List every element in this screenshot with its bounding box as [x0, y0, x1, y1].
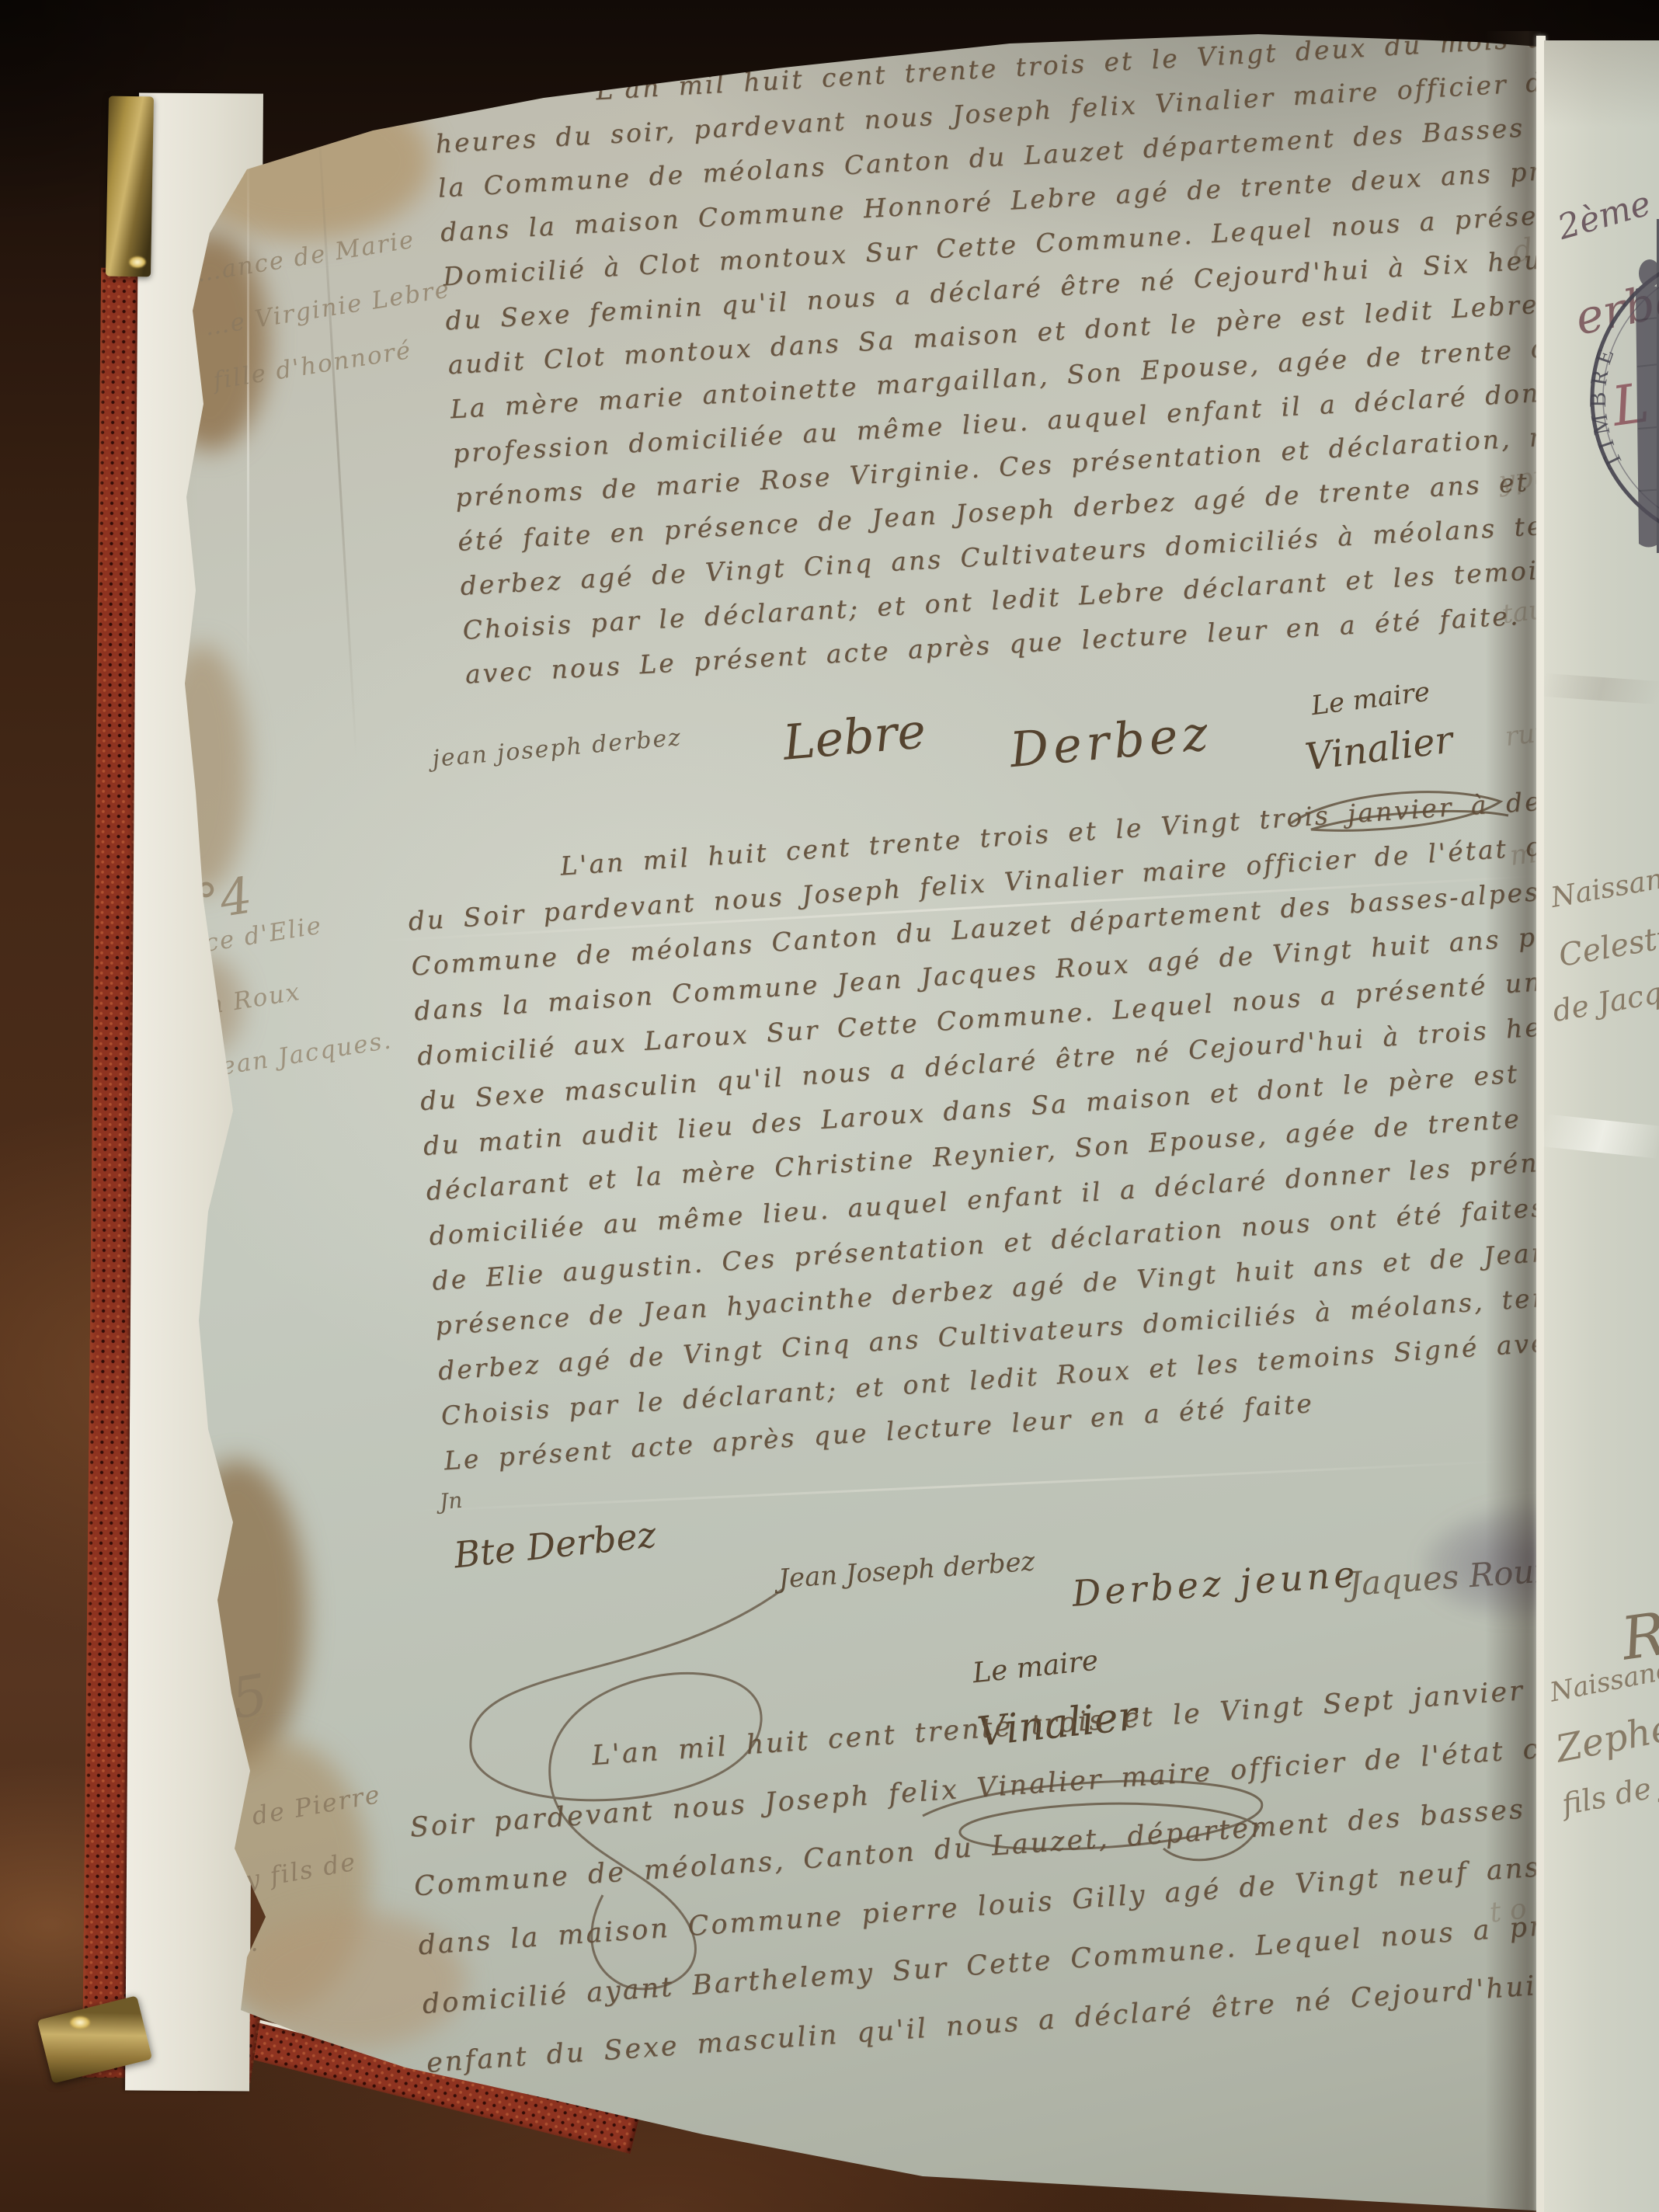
- signature-father-lebre: Lebre: [781, 702, 928, 771]
- binding-metal-fitting-top: [106, 96, 154, 277]
- book-gutter-shadow: [1485, 31, 1541, 2212]
- metal-glint: [129, 256, 146, 268]
- mayor-title: Le maire: [1309, 676, 1431, 722]
- paper-crease: [247, 140, 249, 683]
- photo-of-civil-register-page: N°3 …ance de Marie …e Virginie Lebre fil…: [0, 0, 1659, 2212]
- metal-glint: [70, 2016, 90, 2029]
- next-page-margin-note: Naissance: [1549, 857, 1659, 914]
- next-page-margin-note: Celestine: [1556, 913, 1659, 974]
- signature-witness: jean joseph derbez: [431, 724, 683, 773]
- next-page-margin-note: de Jacque: [1550, 969, 1659, 1028]
- register-next-page-edge: 2ème f erba L TIMBRE Naissance Celestine…: [1544, 40, 1659, 2212]
- birth-act-4-text: L'an mil huit cent trente trois et le Vi…: [404, 756, 1659, 1483]
- signature-initials: Jn: [439, 1487, 464, 1515]
- timbre-revenue-stamp: TIMBRE: [1544, 40, 1659, 817]
- next-page-margin-note: fils de Jea: [1560, 1760, 1659, 1821]
- mayor-title: Le maire: [971, 1645, 1100, 1690]
- birth-act-3-text: L'an mil huit cent trente trois et le Vi…: [432, 0, 1659, 697]
- paper-crease: [1542, 1114, 1659, 1158]
- signature-derbez: Derbez: [1007, 704, 1214, 778]
- signature-hyacinthe-derbez: Bte Derbez: [452, 1513, 658, 1576]
- next-page-margin-note: Zephérin: [1553, 1696, 1659, 1771]
- margin-note-act-3: …ance de Marie …e Virginie Lebre fille d…: [193, 208, 463, 408]
- signature-derbez-jeune: Derbez jeune: [1071, 1553, 1360, 1615]
- stamp-figure: [1636, 219, 1659, 553]
- signature-jean-joseph-derbez: Jean Joseph derbez: [777, 1546, 1036, 1595]
- signature-mayor-vinalier: Vinalier: [1303, 718, 1455, 780]
